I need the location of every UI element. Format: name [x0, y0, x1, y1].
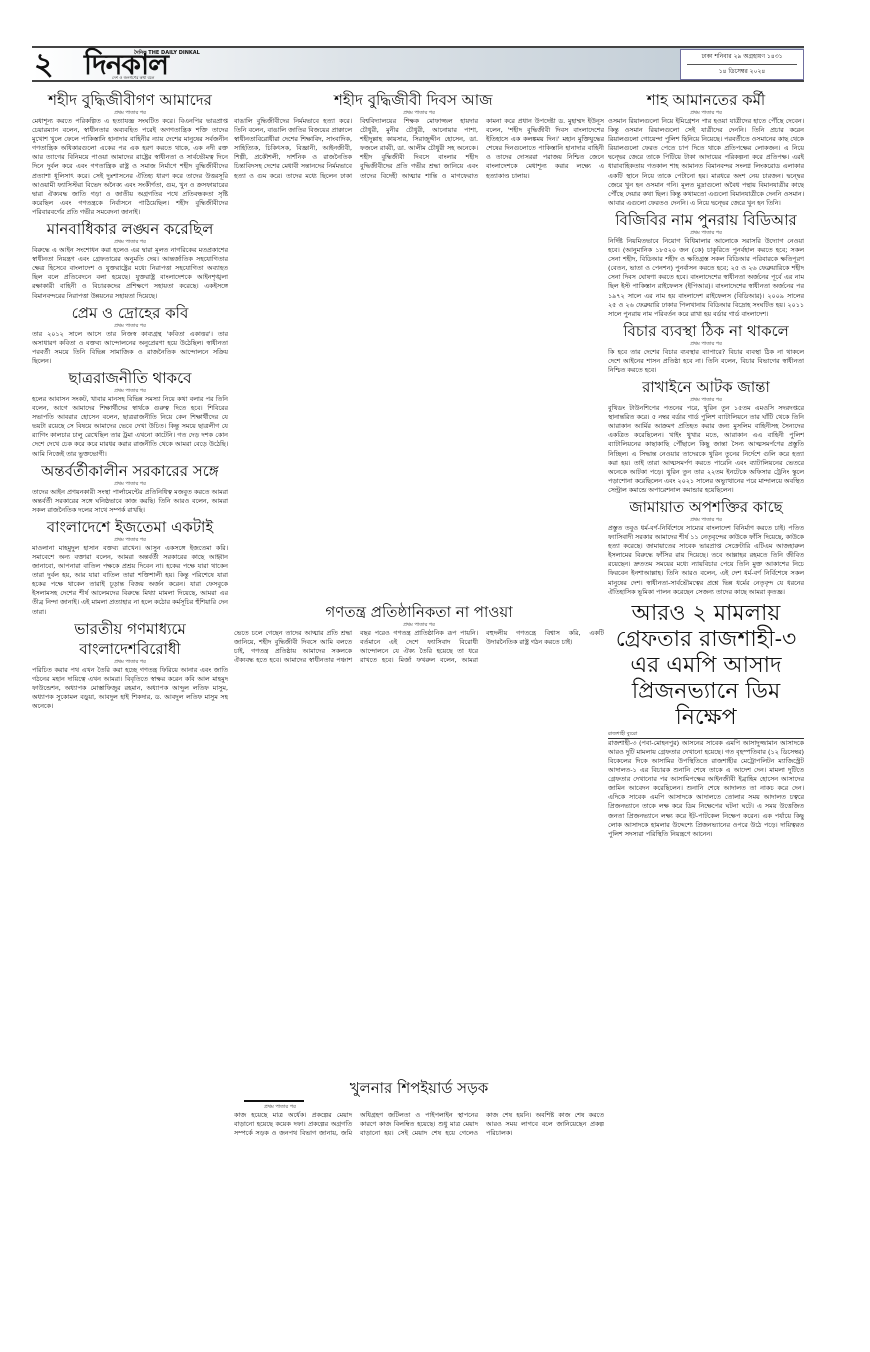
article-body: কি হবে তার দেশের বিচার ব্যবস্থার ব্যাপার… [608, 348, 804, 375]
headline: বাংলাদেশে ইজতেমা একটাই [32, 517, 228, 537]
continuation-note: প্রথম পাতার পর [234, 110, 604, 117]
headline: প্রেম ও দ্রোহের কবি [32, 303, 228, 323]
article-body: প্রস্তুত তবুও ধর্ম-বর্ণ-নির্বিশেষে সাম্য… [608, 524, 804, 597]
article: ছাত্ররাজনীতি থাকবে প্রথম পাতার পর হলের আ… [32, 368, 228, 459]
article-body: বাঙালি বুদ্ধিজীবীদের নির্মমভাবে হত্যা কর… [234, 117, 604, 181]
article-body: তাদের আইন প্রণয়নকারী সংস্থা পার্লামেন্ট… [32, 488, 228, 515]
article: রাখাইনে আটক জান্তা প্রথম পাতার পর বুথিডং… [608, 377, 804, 495]
article: ভারতীয় গণমাধ্যমে বাংলাদেশবিরোধী প্রথম প… [32, 619, 228, 711]
headline: শহীদ বুদ্ধিজীবীগণ আমাদের [32, 90, 228, 110]
continuation-note: প্রথম পাতার পর [32, 239, 228, 246]
continuation-note: প্রথম পাতার পর [608, 517, 804, 524]
byline: রাজশাহী ব্যুরো [608, 731, 804, 738]
article-body: কাজ হয়েছে মাত্র অর্ধেক। প্রকল্পের মেয়া… [234, 1111, 604, 1138]
center-mid-article: গণতন্ত্র প্রতিষ্ঠানিকতা না পাওয়া প্রথম … [234, 600, 604, 1060]
date-bangla: ঢাকা শনিবার ২৯ অগ্রহায়ণ ১৪৩১ [687, 50, 797, 65]
article-body: রাজশাহী-৩ (পবা-মোহনপুর) আসনের সাবেক এমপি… [608, 739, 804, 839]
headline: অন্তর্বর্তীকালীন সরকারের সঙ্গে [32, 461, 228, 481]
article: অন্তর্বর্তীকালীন সরকারের সঙ্গে প্রথম পাত… [32, 461, 228, 515]
article-body: বিরুদ্ধে এ আইন সংশোধন করা হলেও এর দ্বারা… [32, 246, 228, 301]
continuation-note: প্রথম পাতার পর [32, 537, 228, 544]
article-body: ভেতে চলে গেছেন তাদের আত্মার প্রতি শ্রদ্ধ… [234, 629, 604, 665]
continuation-note: প্রথম পাতার পর [234, 1104, 604, 1111]
article-body: বুথিডং টাউনশিপের পতনের পরে, থুরিন তুন ১৫… [608, 404, 804, 495]
headline: মানবাধিকার লঙ্ঘন করেছিল [32, 219, 228, 239]
masthead: ২ দিনকাল দৈনিক THE DAILY DINKAL দেশ ও জন… [32, 46, 804, 82]
headline: আরও ২ মামলায় গ্রেফতার রাজশাহী-৩ এর এমপি… [608, 601, 804, 731]
page-number: ২ [34, 48, 54, 82]
continuation-note: প্রথম পাতার পর [608, 341, 804, 348]
continuation-note: প্রথম পাতার পর [608, 230, 804, 237]
continuation-note: প্রথম পাতার পর [608, 397, 804, 404]
article-body: হলের আবাসন সংকট, খাবার মানসহ বিভিন্ন সমস… [32, 395, 228, 459]
article: বাংলাদেশে ইজতেমা একটাই প্রথম পাতার পর মা… [32, 517, 228, 617]
article-body: পরিচিত করার পথ এখন তৈরি করা হচ্ছে গণতন্ত… [32, 666, 228, 711]
article-body: মাওলানা মাহমুদুল হাসান বক্তব্য রাখেন। আস… [32, 544, 228, 617]
headline: জামায়াত অপশক্তির কাছে [608, 497, 804, 517]
headline: ভারতীয় গণমাধ্যমে বাংলাদেশবিরোধী [32, 619, 228, 659]
headline: বিজিবির নাম পুনরায় বিডিআর [608, 210, 804, 230]
continuation-note: প্রথম পাতার পর [32, 323, 228, 330]
headline: গণতন্ত্র প্রতিষ্ঠানিকতা না পাওয়া [234, 602, 604, 622]
article: আরও ২ মামলায় গ্রেফতার রাজশাহী-৩ এর এমপি… [608, 601, 804, 839]
center-top-article: শহীদ বুদ্ধিজীবী দিবস আজ প্রথম পাতার পর ব… [234, 88, 604, 588]
continuation-note: প্রথম পাতার পর [32, 110, 228, 117]
continuation-note: প্রথম পাতার পর [32, 388, 228, 395]
headline: রাখাইনে আটক জান্তা [608, 377, 804, 397]
article: বিচার ব্যবস্থা ঠিক না থাকলে প্রথম পাতার … [608, 321, 804, 375]
headline: ছাত্ররাজনীতি থাকবে [32, 368, 228, 388]
date-box: ঢাকা শনিবার ২৯ অগ্রহায়ণ ১৪৩১ ১৪ ডিসেম্ব… [680, 49, 804, 80]
continuation-note: প্রথম পাতার পর [234, 622, 604, 629]
continuation-note: প্রথম পাতার পর [32, 659, 228, 666]
logo-tagline: দেশ ও জনগণের কথা বলে [112, 75, 154, 82]
article: প্রেম ও দ্রোহের কবি প্রথম পাতার পর তার ২… [32, 303, 228, 366]
date-english: ১৪ ডিসেম্বর ২০২৪ [681, 65, 803, 79]
article: শহীদ বুদ্ধিজীবীগণ আমাদের প্রথম পাতার পর … [32, 90, 228, 217]
continuation-note: প্রথম পাতার পর [32, 481, 228, 488]
article: মানবাধিকার লঙ্ঘন করেছিল প্রথম পাতার পর ব… [32, 219, 228, 301]
article-body: তার ২০১২ সালে আসে তার নিজস্ব কাব্যগ্রন্থ… [32, 330, 228, 366]
continuation-note: প্রথম পাতার পর [608, 110, 804, 117]
logo-english: দৈনিক THE DAILY DINKAL [134, 50, 200, 58]
headline: শাহ আমানতের কর্মী [608, 90, 804, 110]
center-bottom-article: খুলনার শিপইয়ার্ড সড়ক প্রথম পাতার পর কা… [234, 1076, 604, 1338]
article: বিজিবির নাম পুনরায় বিডিআর প্রথম পাতার প… [608, 210, 804, 319]
right-column: শাহ আমানতের কর্মী প্রথম পাতার পর ওসমান র… [608, 88, 804, 1338]
article-body: নির্দিষ্ট নিয়মিতভাবে নিয়োগ বিধিমালার আ… [608, 237, 804, 319]
headline: বিচার ব্যবস্থা ঠিক না থাকলে [608, 321, 804, 341]
divider [244, 1100, 304, 1102]
article: জামায়াত অপশক্তির কাছে প্রথম পাতার পর প্… [608, 497, 804, 597]
article: শাহ আমানতের কর্মী প্রথম পাতার পর ওসমান র… [608, 90, 804, 208]
left-column: শহীদ বুদ্ধিজীবীগণ আমাদের প্রথম পাতার পর … [32, 88, 228, 1338]
headline: শহীদ বুদ্ধিজীবী দিবস আজ [334, 90, 604, 110]
headline: খুলনার শিপইয়ার্ড সড়ক [234, 1078, 604, 1098]
article-body: ওসমান রিয়ালগুলো নিয়ে ইমিগ্রেশন পার হওয… [608, 117, 804, 208]
article-body: মেধাশূন্য করতে পরিকল্পিত এ হত্যাযজ্ঞ সংঘ… [32, 117, 228, 217]
